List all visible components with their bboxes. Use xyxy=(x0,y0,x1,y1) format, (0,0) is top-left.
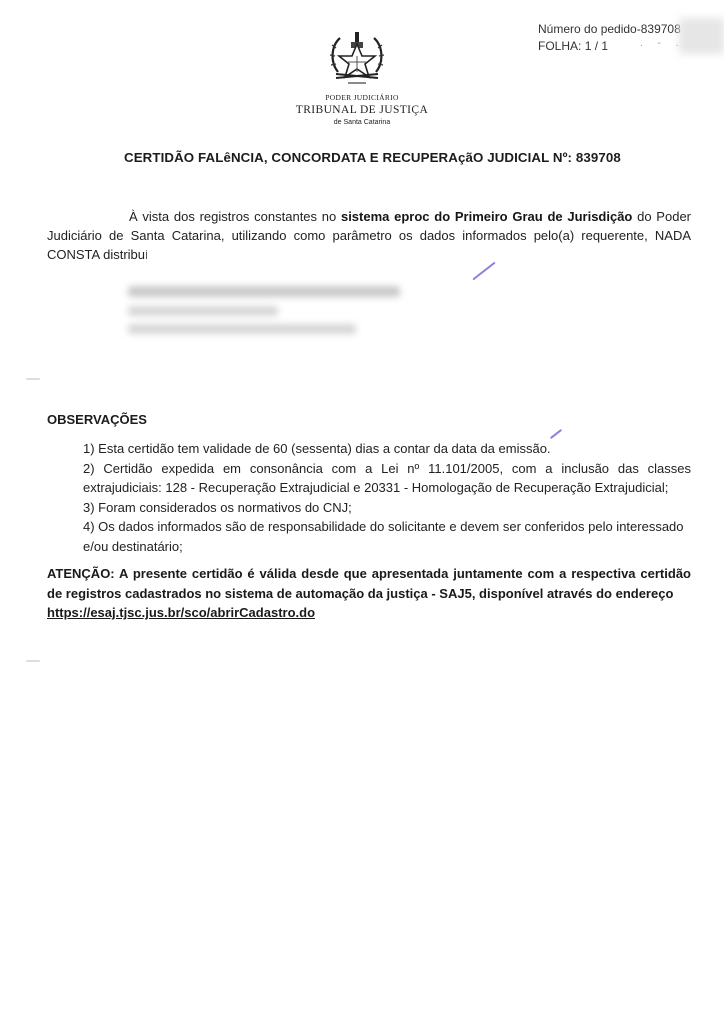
court-line-1: PODER JUDICIÁRIO xyxy=(290,92,434,103)
observation-item: 4) Os dados informados são de responsabi… xyxy=(83,517,691,537)
sheet-label: FOLHA: xyxy=(538,39,581,53)
observation-item: 1) Esta certidão tem validade de 60 (ses… xyxy=(83,439,691,459)
sheet-value: 1 / 1 xyxy=(585,39,608,53)
observations-list: 1) Esta certidão tem validade de 60 (ses… xyxy=(83,439,691,556)
request-number: 839708 xyxy=(641,22,681,36)
redacted-stamp xyxy=(679,18,724,54)
court-header: PODER JUDICIÁRIO TRIBUNAL DE JUSTIÇA de … xyxy=(290,92,434,128)
pen-check-mark xyxy=(472,262,495,281)
observation-item-continued: extrajudiciais: 128 - Recuperação Extraj… xyxy=(83,478,691,498)
body-bold: sistema eproc do Primeiro Grau de Jurisd… xyxy=(341,209,632,224)
request-label: Número do pedido- xyxy=(538,22,641,36)
observation-item-continued: e/ou destinatário; xyxy=(83,537,691,557)
observation-item: 2) Certidão expedida em consonância com … xyxy=(83,459,691,479)
registration-link[interactable]: https://esaj.tjsc.jus.br/sco/abrirCadast… xyxy=(47,605,315,620)
observations-title: OBSERVAÇÕES xyxy=(47,412,147,427)
court-line-3: de Santa Catarina xyxy=(290,118,434,128)
document-title: CERTIDÃO FALêNCIA, CONCORDATA E RECUPERA… xyxy=(124,150,621,165)
punch-hole-mark xyxy=(26,378,40,380)
certificate-body: À vista dos registros constantes no sist… xyxy=(47,207,691,264)
court-line-2: TRIBUNAL DE JUSTIÇA xyxy=(290,103,434,118)
punch-hole-mark xyxy=(26,660,40,662)
redacted-party-info xyxy=(128,282,408,342)
coat-of-arms-icon xyxy=(328,28,386,88)
attention-notice: ATENÇÃO: A presente certidão é válida de… xyxy=(47,564,691,623)
request-number-line: Número do pedido-839708 xyxy=(538,21,681,38)
pen-check-mark xyxy=(550,429,562,439)
body-intro: À vista dos registros constantes no xyxy=(129,209,341,224)
observation-item: 3) Foram considerados os normativos do C… xyxy=(83,498,691,518)
attention-text: ATENÇÃO: A presente certidão é válida de… xyxy=(47,566,691,601)
scan-crop-edge xyxy=(147,249,307,263)
faint-dots: . - . xyxy=(640,38,684,49)
